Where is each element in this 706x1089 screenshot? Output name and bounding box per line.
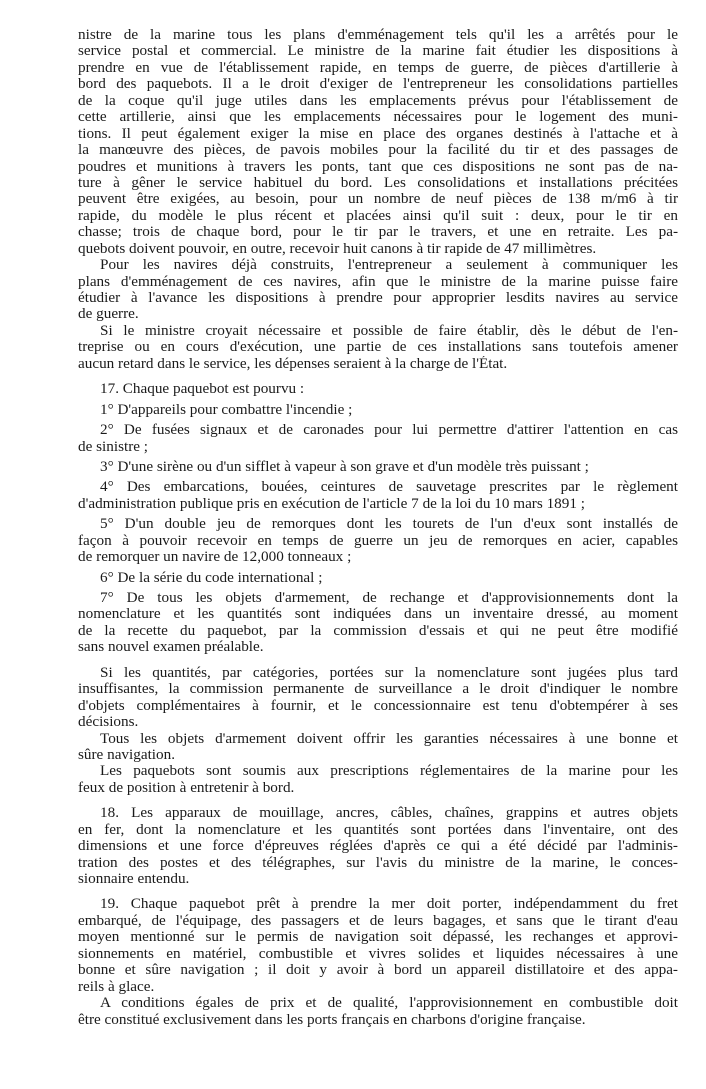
text-line: feux de position à entretenir à bord. [78,780,678,796]
text-line: quebots doivent pouvoir, en outre, recev… [78,241,678,257]
text-line: cette artillerie, ainsi que les emplacem… [78,109,678,125]
paragraph: Si le ministre croyait nécessaire et pos… [78,323,678,372]
text-line: poudres et munitions à travers les ponts… [78,159,678,175]
text-line: 17. Chaque paquebot est pourvu : [78,381,678,397]
paragraph-spacer [78,887,678,896]
text-line: dimensions et une force d'épreuves réglé… [78,838,678,854]
text-line: décisions. [78,714,678,730]
text-line: ture à gêner le service habituel du bord… [78,175,678,191]
text-line: en fer, dont la nomenclature et les quan… [78,822,678,838]
text-line: sionnements en matériel, combustible et … [78,946,678,962]
paragraph: 3° D'une sirène ou d'un sifflet à vapeur… [78,459,678,475]
text-line: 1° D'appareils pour combattre l'incendie… [78,402,678,418]
text-line: aucun retard dans le service, les dépens… [78,356,678,372]
paragraph: 6° De la série du code international ; [78,570,678,586]
text-line: bord des paquebots. Il a le droit d'exig… [78,76,678,92]
text-line: A conditions égales de prix et de qualit… [78,995,678,1011]
text-line: tions. Il peut également exiger la mise … [78,126,678,142]
document-page: nistre de la marine tous les plans d'emm… [78,27,678,1028]
paragraph: 1° D'appareils pour combattre l'incendie… [78,402,678,418]
paragraph: Si les quantités, par catégories, portée… [78,665,678,731]
paragraph: 2° De fusées signaux et de caronades pou… [78,422,678,455]
text-line: Les paquebots sont soumis aux prescripti… [78,763,678,779]
text-line: 3° D'une sirène ou d'un sifflet à vapeur… [78,459,678,475]
text-line: de sinistre ; [78,439,678,455]
paragraph: A conditions égales de prix et de qualit… [78,995,678,1028]
paragraph: 7° De tous les objets d'armement, de rec… [78,590,678,656]
text-line: prendre en vue de l'établissement rapide… [78,60,678,76]
text-line: tration des postes et des télégraphes, s… [78,855,678,871]
text-line: 7° De tous les objets d'armement, de rec… [78,590,678,606]
text-line: reils à glace. [78,979,678,995]
text-line: 2° De fusées signaux et de caronades pou… [78,422,678,438]
text-line: plans d'emménagement de ces navires, afi… [78,274,678,290]
text-line: 18. Les apparaux de mouillage, ancres, c… [78,805,678,821]
text-line: insuffisantes, la commission permanente … [78,681,678,697]
paragraph-spacer [78,656,678,665]
paragraph: 5° D'un double jeu de remorques dont les… [78,516,678,565]
paragraph: 19. Chaque paquebot prêt à prendre la me… [78,896,678,995]
text-line: embarqué, de l'équipage, des passagers e… [78,913,678,929]
text-line: de la recette du paquebot, par la commis… [78,623,678,639]
text-line: bonne et sûre navigation ; il doit y avo… [78,962,678,978]
paragraph: 17. Chaque paquebot est pourvu : [78,381,678,397]
paragraph-spacer [78,796,678,805]
text-line: de la coque qu'il juge utiles dans les e… [78,93,678,109]
text-line: chasse; trois de chaque bord, pour le ti… [78,224,678,240]
text-line: être constitué exclusivement dans les po… [78,1012,678,1028]
text-line: service postal et commercial. Le ministr… [78,43,678,59]
paragraph: Les paquebots sont soumis aux prescripti… [78,763,678,796]
paragraph: 4° Des embarcations, bouées, ceintures d… [78,479,678,512]
text-line: 6° De la série du code international ; [78,570,678,586]
text-line: sûre navigation. [78,747,678,763]
text-line: 4° Des embarcations, bouées, ceintures d… [78,479,678,495]
text-line: Si le ministre croyait nécessaire et pos… [78,323,678,339]
text-line: étudier à l'avance les dispositions à pr… [78,290,678,306]
text-line: treprise ou en cours d'exécution, une pa… [78,339,678,355]
text-line: la manœuvre des pièces, de pavois mobile… [78,142,678,158]
text-line: de guerre. [78,306,678,322]
text-line: Tous les objets d'armement doivent offri… [78,731,678,747]
text-line: 5° D'un double jeu de remorques dont les… [78,516,678,532]
text-line: 19. Chaque paquebot prêt à prendre la me… [78,896,678,912]
paragraph: 18. Les apparaux de mouillage, ancres, c… [78,805,678,887]
text-line: d'objets complémentaires à fournir, et l… [78,698,678,714]
paragraph: Pour les navires déjà construits, l'entr… [78,257,678,323]
text-line: rapide, du modèle le plus récent et plac… [78,208,678,224]
text-line: de remorquer un navire de 12,000 tonneau… [78,549,678,565]
paragraph-spacer [78,372,678,381]
text-line: façon à pouvoir recevoir en temps de gue… [78,533,678,549]
paragraph: Tous les objets d'armement doivent offri… [78,731,678,764]
paragraph: nistre de la marine tous les plans d'emm… [78,27,678,257]
text-line: nomenclature et les quantités sont indiq… [78,606,678,622]
text-line: Si les quantités, par catégories, portée… [78,665,678,681]
text-line: nistre de la marine tous les plans d'emm… [78,27,678,43]
text-line: moyen mentionné sur le permis de navigat… [78,929,678,945]
text-line: sionnaire entendu. [78,871,678,887]
text-line: d'administration publique pris en exécut… [78,496,678,512]
text-line: peuvent être exigées, au besoin, pour un… [78,191,678,207]
text-line: sans nouvel examen préalable. [78,639,678,655]
text-line: Pour les navires déjà construits, l'entr… [78,257,678,273]
